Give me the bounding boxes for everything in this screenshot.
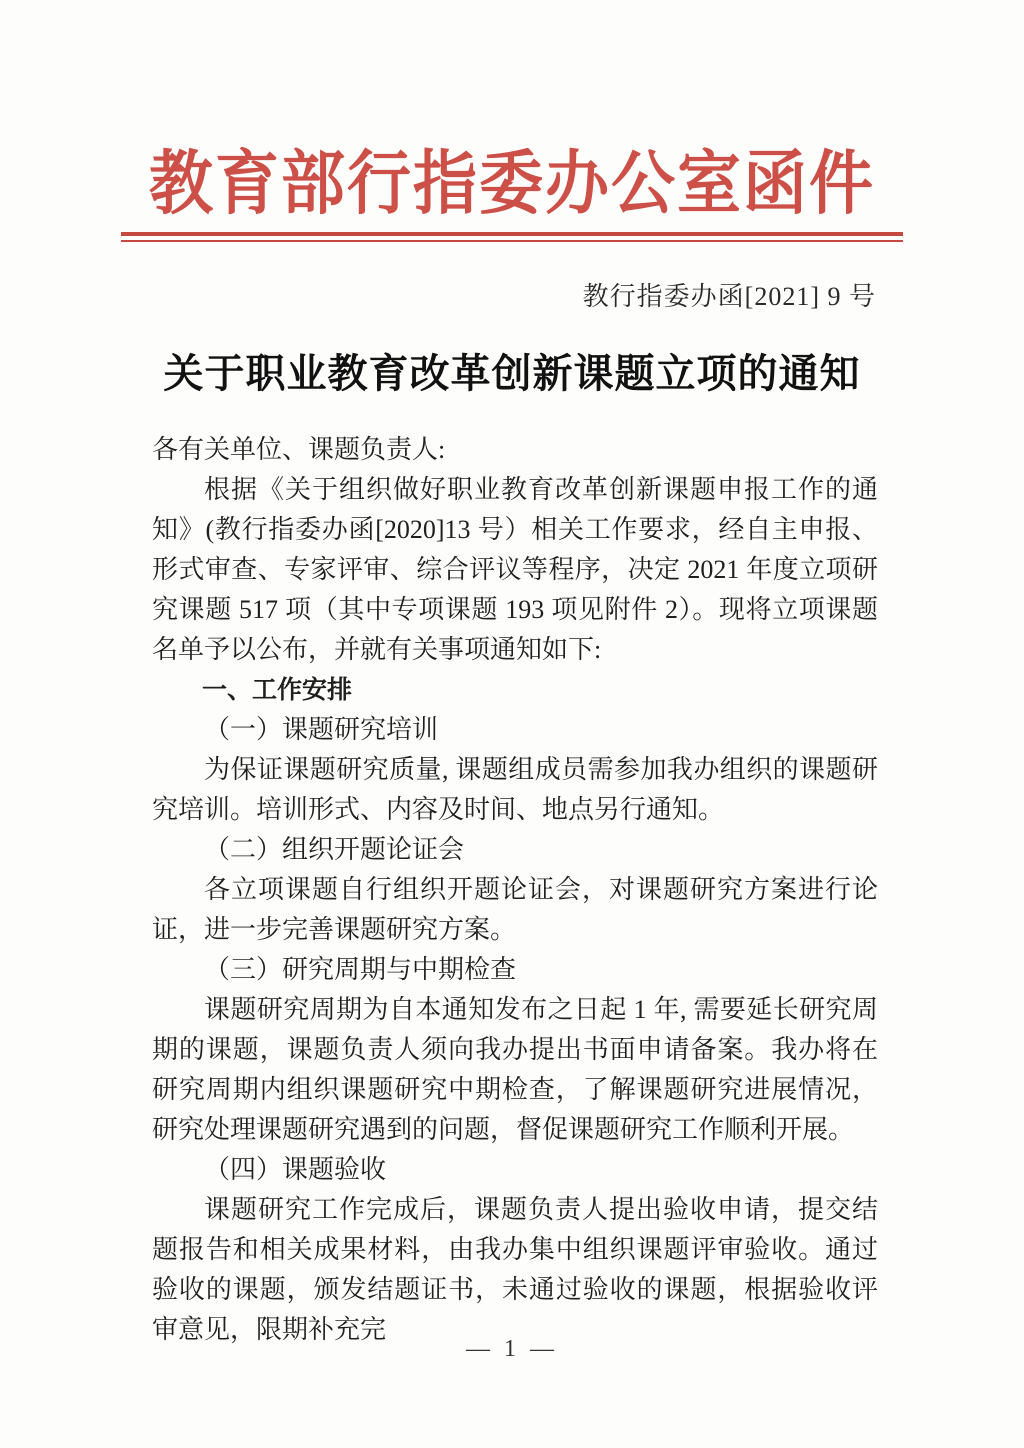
paragraph-opening-session: 各立项课题自行组织开题论证会，对课题研究方案进行论证，进一步完善课题研究方案。 <box>152 870 878 950</box>
document-body: 各有关单位、课题负责人: 根据《关于组织做好职业教育改革创新课题申报工作的通知》… <box>152 430 878 1350</box>
scanned-document-page: 教育部行指委办公室函件 教行指委办函[2021] 9 号 关于职业教育改革创新课… <box>0 0 1024 1448</box>
letterhead: 教育部行指委办公室函件 <box>121 152 903 242</box>
paragraph-research-period: 课题研究周期为自本通知发布之日起 1 年, 需要延长研究周期的课题，课题负责人须… <box>152 990 878 1150</box>
paragraph-acceptance: 课题研究工作完成后，课题负责人提出验收申请，提交结题报告和相关成果材料，由我办集… <box>152 1190 878 1350</box>
letterhead-rules <box>121 232 903 242</box>
section-heading-work-arrangement: 一、工作安排 <box>152 670 878 710</box>
page-number: — 1 — <box>0 1336 1024 1363</box>
subsection-heading-training: （一）课题研究培训 <box>152 710 878 750</box>
paragraph-training: 为保证课题研究质量, 课题组成员需参加我办组织的课题研究培训。培训形式、内容及时… <box>152 750 878 830</box>
paragraph-intro: 根据《关于组织做好职业教育改革创新课题申报工作的通知》(教行指委办函[2020]… <box>152 470 878 670</box>
salutation: 各有关单位、课题负责人: <box>152 430 878 470</box>
rule-thick <box>121 232 903 236</box>
subsection-heading-opening-session: （二）组织开题论证会 <box>152 830 878 870</box>
rule-thin <box>121 240 903 242</box>
subsection-heading-research-period: （三）研究周期与中期检查 <box>152 950 878 990</box>
document-number: 教行指委办函[2021] 9 号 <box>583 276 876 313</box>
letterhead-org-title: 教育部行指委办公室函件 <box>121 146 903 222</box>
subsection-heading-acceptance: （四）课题验收 <box>152 1150 878 1190</box>
document-title: 关于职业教育改革创新课题立项的通知 <box>0 342 1024 399</box>
